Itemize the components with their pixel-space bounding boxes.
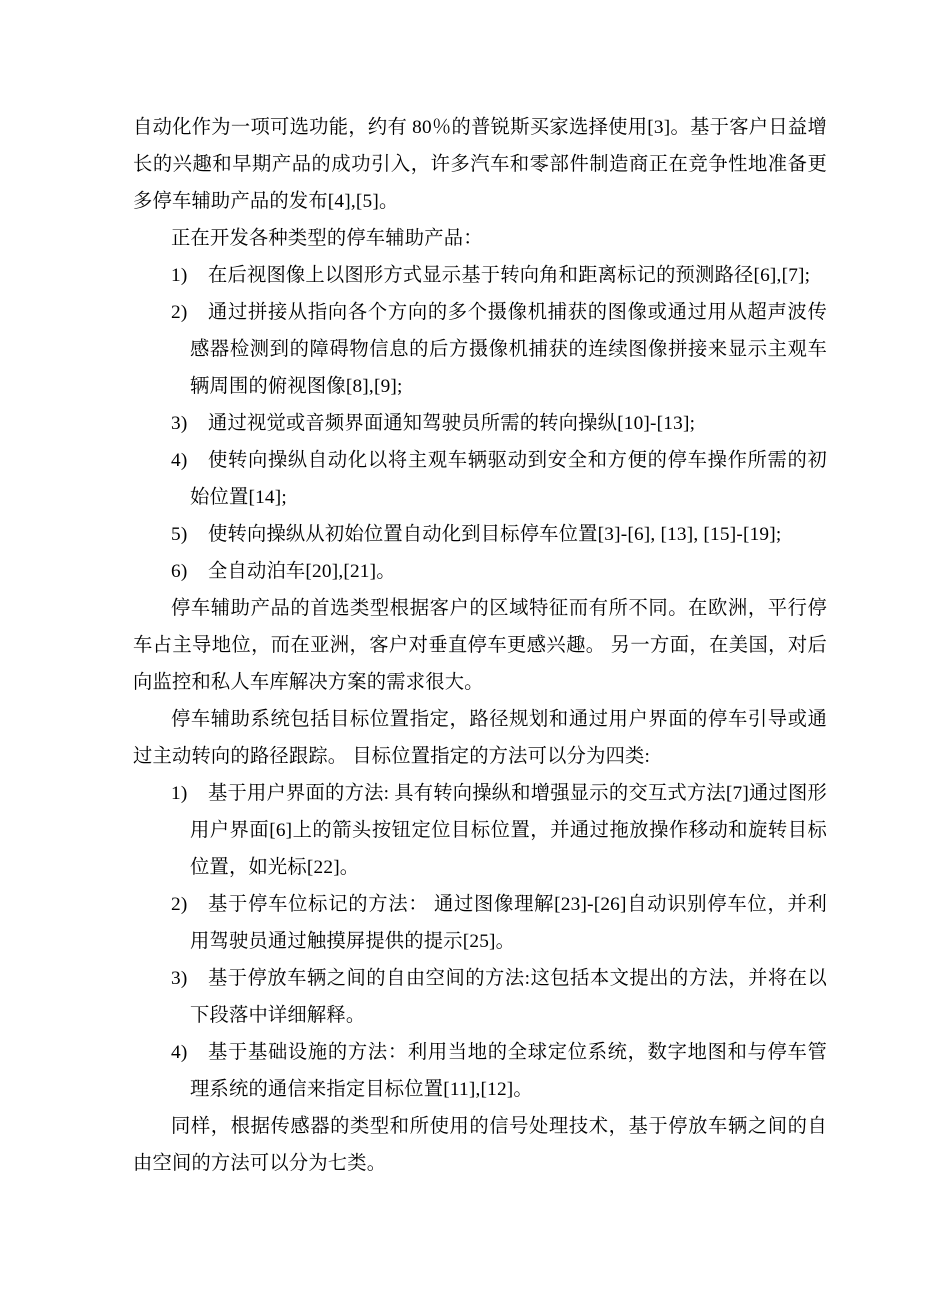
list-item: 4)基于基础设施的方法：利用当地的全球定位系统，数字地图和与停车管理系统的通信来… — [133, 1034, 827, 1108]
list-item-text: 使转向操纵自动化以将主观车辆驱动到安全和方便的停车操作所需的初始位置[14]; — [190, 450, 827, 508]
paragraph: 停车辅助系统包括目标位置指定，路径规划和通过用户界面的停车引导或通过主动转向的路… — [133, 701, 827, 775]
list-item: 3)基于停放车辆之间的自由空间的方法:这包括本文提出的方法，并将在以下段落中详细… — [133, 960, 827, 1034]
list-item-text: 基于基础设施的方法：利用当地的全球定位系统，数字地图和与停车管理系统的通信来指定… — [190, 1042, 827, 1100]
list-item: 5)使转向操纵从初始位置自动化到目标停车位置[3]-[6], [13], [15… — [133, 516, 827, 553]
list-item-number: 4) — [171, 1034, 187, 1071]
text-content: 自动化作为一项可选功能，约有 80％的普锐斯买家选择使用[3]。基于客户日益增长… — [133, 109, 827, 1182]
list-item-number: 3) — [171, 405, 187, 442]
list-item-text: 基于停放车辆之间的自由空间的方法:这包括本文提出的方法，并将在以下段落中详细解释… — [190, 968, 827, 1026]
list-item-number: 3) — [171, 960, 187, 997]
list-item: 1)在后视图像上以图形方式显示基于转向角和距离标记的预测路径[6],[7]; — [133, 257, 827, 294]
paragraph: 同样，根据传感器的类型和所使用的信号处理技术，基于停放车辆之间的自由空间的方法可… — [133, 1108, 827, 1182]
list-item: 6)全自动泊车[20],[21]。 — [133, 553, 827, 590]
list-item-number: 5) — [171, 516, 187, 553]
paragraph: 自动化作为一项可选功能，约有 80％的普锐斯买家选择使用[3]。基于客户日益增长… — [133, 109, 827, 220]
list-item-number: 2) — [171, 294, 187, 331]
list-item: 2)基于停车位标记的方法： 通过图像理解[23]-[26]自动识别停车位，并利用… — [133, 886, 827, 960]
document-page: 自动化作为一项可选功能，约有 80％的普锐斯买家选择使用[3]。基于客户日益增长… — [0, 0, 926, 1309]
list-item: 4)使转向操纵自动化以将主观车辆驱动到安全和方便的停车操作所需的初始位置[14]… — [133, 442, 827, 516]
list-item-text: 通过视觉或音频界面通知驾驶员所需的转向操纵[10]-[13]; — [208, 413, 695, 434]
list-item-number: 1) — [171, 775, 187, 812]
paragraph: 正在开发各种类型的停车辅助产品： — [133, 220, 827, 257]
paragraph: 停车辅助产品的首选类型根据客户的区域特征而有所不同。在欧洲，平行停车占主导地位，… — [133, 590, 827, 701]
list-item-text: 通过拼接从指向各个方向的多个摄像机捕获的图像或通过用从超声波传感器检测到的障碍物… — [190, 302, 827, 397]
list-item-text: 全自动泊车[20],[21]。 — [208, 561, 396, 582]
list-item-number: 2) — [171, 886, 187, 923]
list-item-text: 在后视图像上以图形方式显示基于转向角和距离标记的预测路径[6],[7]; — [208, 265, 810, 286]
list-item-number: 6) — [171, 553, 187, 590]
list-item-number: 1) — [171, 257, 187, 294]
list-item-text: 基于用户界面的方法: 具有转向操纵和增强显示的交互式方法[7]通过图形用户界面[… — [190, 783, 827, 878]
list-item-text: 基于停车位标记的方法： 通过图像理解[23]-[26]自动识别停车位，并利用驾驶… — [190, 894, 827, 952]
list-item-number: 4) — [171, 442, 187, 479]
list-item: 3)通过视觉或音频界面通知驾驶员所需的转向操纵[10]-[13]; — [133, 405, 827, 442]
list-item-text: 使转向操纵从初始位置自动化到目标停车位置[3]-[6], [13], [15]-… — [208, 524, 781, 545]
list-item: 2)通过拼接从指向各个方向的多个摄像机捕获的图像或通过用从超声波传感器检测到的障… — [133, 294, 827, 405]
list-item: 1)基于用户界面的方法: 具有转向操纵和增强显示的交互式方法[7]通过图形用户界… — [133, 775, 827, 886]
